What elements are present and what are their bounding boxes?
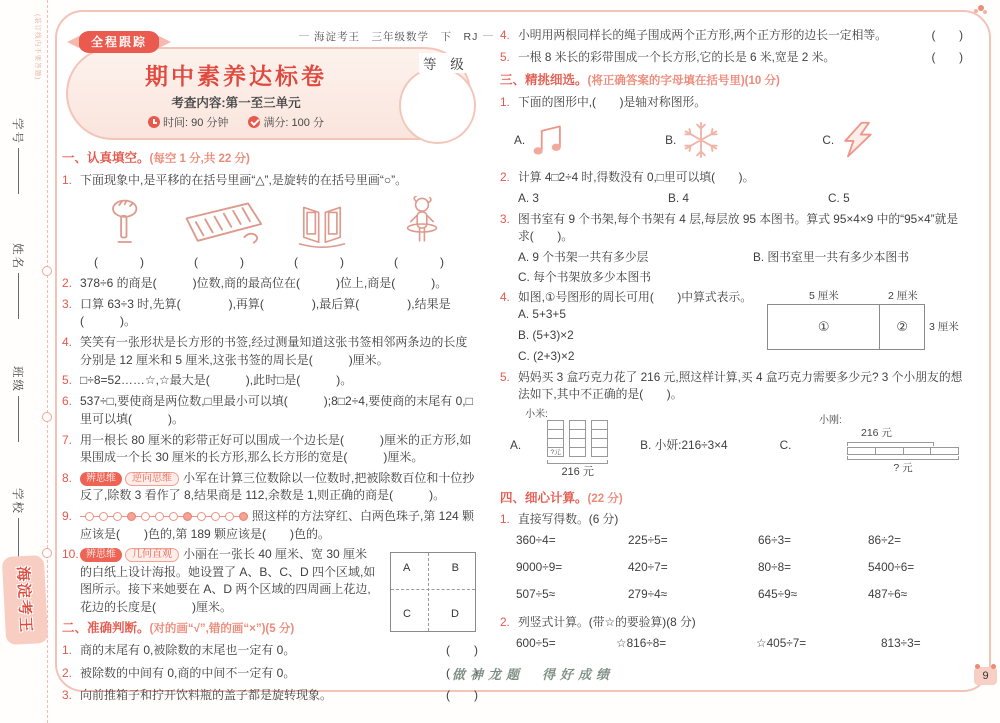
- binding-mark-icon: [42, 412, 52, 422]
- section1-heading: 一、认真填空。(每空 1 分,共 22 分): [62, 149, 478, 168]
- class-field: 班级: [10, 366, 26, 442]
- school-field: 学校: [10, 488, 26, 564]
- question-row: 4.如图,①号图形的周长可用( )中算式表示。 A. 5+3+5 B. (5+3…: [500, 289, 963, 365]
- footer-motto: 做神龙题 得好成绩: [452, 664, 614, 683]
- xiaomi-diagram: 小米: ?元 216 元: [529, 410, 608, 481]
- choice-options: C. 每个书架放多少本图书: [500, 269, 963, 286]
- snowflake-icon: [680, 119, 722, 161]
- binding-note: (装订线内不要答题): [34, 14, 43, 80]
- question-row: 3.图书室有 9 个书架,每个书架有 4 层,每层放 95 本图书。算式 95×…: [500, 211, 963, 245]
- page-number-badge: 9: [974, 667, 997, 685]
- subquestion-row: 2.列竖式计算。(带☆的要验算)(8 分): [500, 614, 963, 631]
- question-row: 2.378÷6 的商是( )位数,商的最高位在( )位上,商是( )。: [62, 275, 478, 292]
- name-field: 姓名: [10, 243, 26, 319]
- answer-paren: ( ): [94, 254, 150, 271]
- brand-logo: 海淀考王: [2, 555, 49, 645]
- answer-paren: ( ): [294, 254, 350, 271]
- binding-mark-icon: [42, 266, 52, 276]
- revolving-door-image: ( ): [276, 196, 368, 271]
- worksheet-page: (装订线内不要答题) 学号 姓名 班级 学校 海淀考王 全程跟踪 海淀考王 三年…: [0, 0, 1000, 723]
- phenomena-pictures: ( ) ( ) ( ) ( ): [62, 193, 478, 271]
- chocolate-options: A. 小米: ?元 216 元 B. 小妍:216÷3×4 C. 小刚: 216…: [500, 410, 963, 481]
- vertical-calc-row: 600÷5=☆816÷8=☆405÷7=813÷3=: [500, 635, 963, 652]
- question-row: 7.用一根长 80 厘米的彩带正好可以围成一个边长是( )厘米的正方形,如果围成…: [62, 432, 478, 467]
- geometry-badge: 几何直观: [125, 548, 179, 562]
- stamp-press-image: ( ): [76, 196, 168, 271]
- judgment-row: 4.小明用两根同样长的绳子围成两个正方形,两个正方形的边长一定相等。( ): [500, 27, 963, 44]
- right-column: 4.小明用两根同样长的绳子围成两个正方形,两个正方形的边长一定相等。( ) 5.…: [500, 27, 963, 652]
- keyboard-play-image: ( ): [176, 196, 268, 271]
- symmetry-options: A. B. C.: [500, 114, 963, 166]
- question-row: 3.口算 63÷3 时,先算( ),再算( ),最后算( ),结果是( )。: [62, 296, 478, 331]
- music-note-icon: [529, 120, 569, 160]
- question-row: 1.下面现象中,是平移的在括号里画“△”,是旋转的在括号里画“○”。: [62, 172, 478, 189]
- choice-options: A. 3B. 4C. 5: [500, 190, 963, 207]
- section4-heading: 四、细心计算。(22 分): [500, 489, 963, 508]
- corner-ornament-icon: [978, 5, 984, 11]
- exam-title: 期中素养达标卷: [66, 58, 406, 91]
- grade-circle: [399, 67, 476, 144]
- hula-hoop-girl-image: ( ): [376, 196, 468, 271]
- question-row: 1.下面的图形中,( )是轴对称图形。: [500, 94, 963, 111]
- perimeter-diagram: 5 厘米 2 厘米 ① ② 3 厘米: [767, 289, 963, 350]
- binding-dashed-line: [47, 0, 48, 723]
- oral-calc-grid: 360÷4=225÷5=66÷3=86÷2= 9000÷9=420÷7=80÷8…: [500, 532, 963, 603]
- question-row: 8. 辨思维逆向思维小军在计算三位数除以一位数时,把被除数百位和十位抄反了,除数…: [62, 470, 478, 505]
- exam-scope: 考查内容:第一至三单元: [66, 93, 406, 111]
- judgment-row: 2.被除数的中间有 0,商的中间不一定有 0。( ): [62, 665, 478, 682]
- thinking-badge: 辨思维: [80, 548, 122, 562]
- choice-options: A. 9 个书架一共有多少层B. 图书室里一共有多少本图书: [500, 249, 963, 266]
- grade-label: 等 级: [419, 53, 473, 73]
- answer-paren: ( ): [394, 254, 450, 271]
- question-row: 6.537÷□,要使商是两位数,□里最小可以填( );8□2÷4,要使商的末尾有…: [62, 393, 478, 428]
- check-icon: [248, 116, 260, 128]
- choice-options: A. 5+3+5 B. (5+3)×2 C. (2+3)×2: [518, 306, 763, 365]
- header-badge: 全程跟踪: [78, 31, 160, 53]
- answer-paren: ( ): [194, 254, 250, 271]
- binding-mark-icon: [42, 548, 52, 558]
- score-info: 满分: 100 分: [263, 117, 324, 129]
- question-row: 5.□÷8=52……☆,☆最大是( ),此时□是( )。: [62, 372, 478, 389]
- reverse-thinking-badge: 逆向思维: [125, 472, 179, 486]
- section3-heading: 三、精挑细选。(将正确答案的字母填在括号里)(10 分): [500, 71, 963, 90]
- question-row: 5.妈妈买 3 盒巧克力花了 216 元,照这样计算,买 4 盒巧克力需要多少元…: [500, 369, 963, 403]
- bead-string: [80, 512, 248, 521]
- judgment-row: 3.向前推箱子和拧开饮料瓶的盖子都是旋转现象。( ): [62, 687, 478, 704]
- student-id-field: 学号: [10, 118, 26, 194]
- thinking-badge: 辨思维: [80, 472, 122, 486]
- judgment-row: 5.一根 8 米长的彩带围成一个长方形,它的长是 6 米,宽是 2 米。( ): [500, 49, 963, 66]
- subquestion-row: 1.直接写得数。(6 分): [500, 511, 963, 528]
- series-caption: 海淀考王 三年级数学 下 RJ: [294, 29, 498, 44]
- question-row: 9. 照这样的方法穿红、白两色珠子,第 124 颗应该是( )色的,第 189 …: [62, 508, 478, 543]
- exam-meta: 时间: 90 分钟 满分: 100 分: [66, 114, 406, 130]
- xiaogang-diagram: 小刚: 216 元 ? 元: [847, 414, 959, 476]
- question-row: 10. 辨思维几何直观小丽在一张长 40 厘米、宽 30 厘米的白纸上设计海报。…: [62, 546, 478, 616]
- clock-icon: [148, 116, 160, 128]
- judgment-row: 1.商的末尾有 0,被除数的末尾也一定有 0。( ): [62, 642, 478, 659]
- question-row: 4.笑笑有一张形状是长方形的书签,经过测量知道这张书签相邻两条边的长度分别是 1…: [62, 334, 478, 369]
- area-diagram: A B C D: [390, 552, 476, 632]
- question-row: 2.计算 4□2÷4 时,得数没有 0,□里可以填( )。: [500, 169, 963, 186]
- lightning-icon: [838, 120, 878, 160]
- left-column: 一、认真填空。(每空 1 分,共 22 分) 1.下面现象中,是平移的在括号里画…: [62, 146, 478, 709]
- time-info: 时间: 90 分钟: [163, 117, 228, 129]
